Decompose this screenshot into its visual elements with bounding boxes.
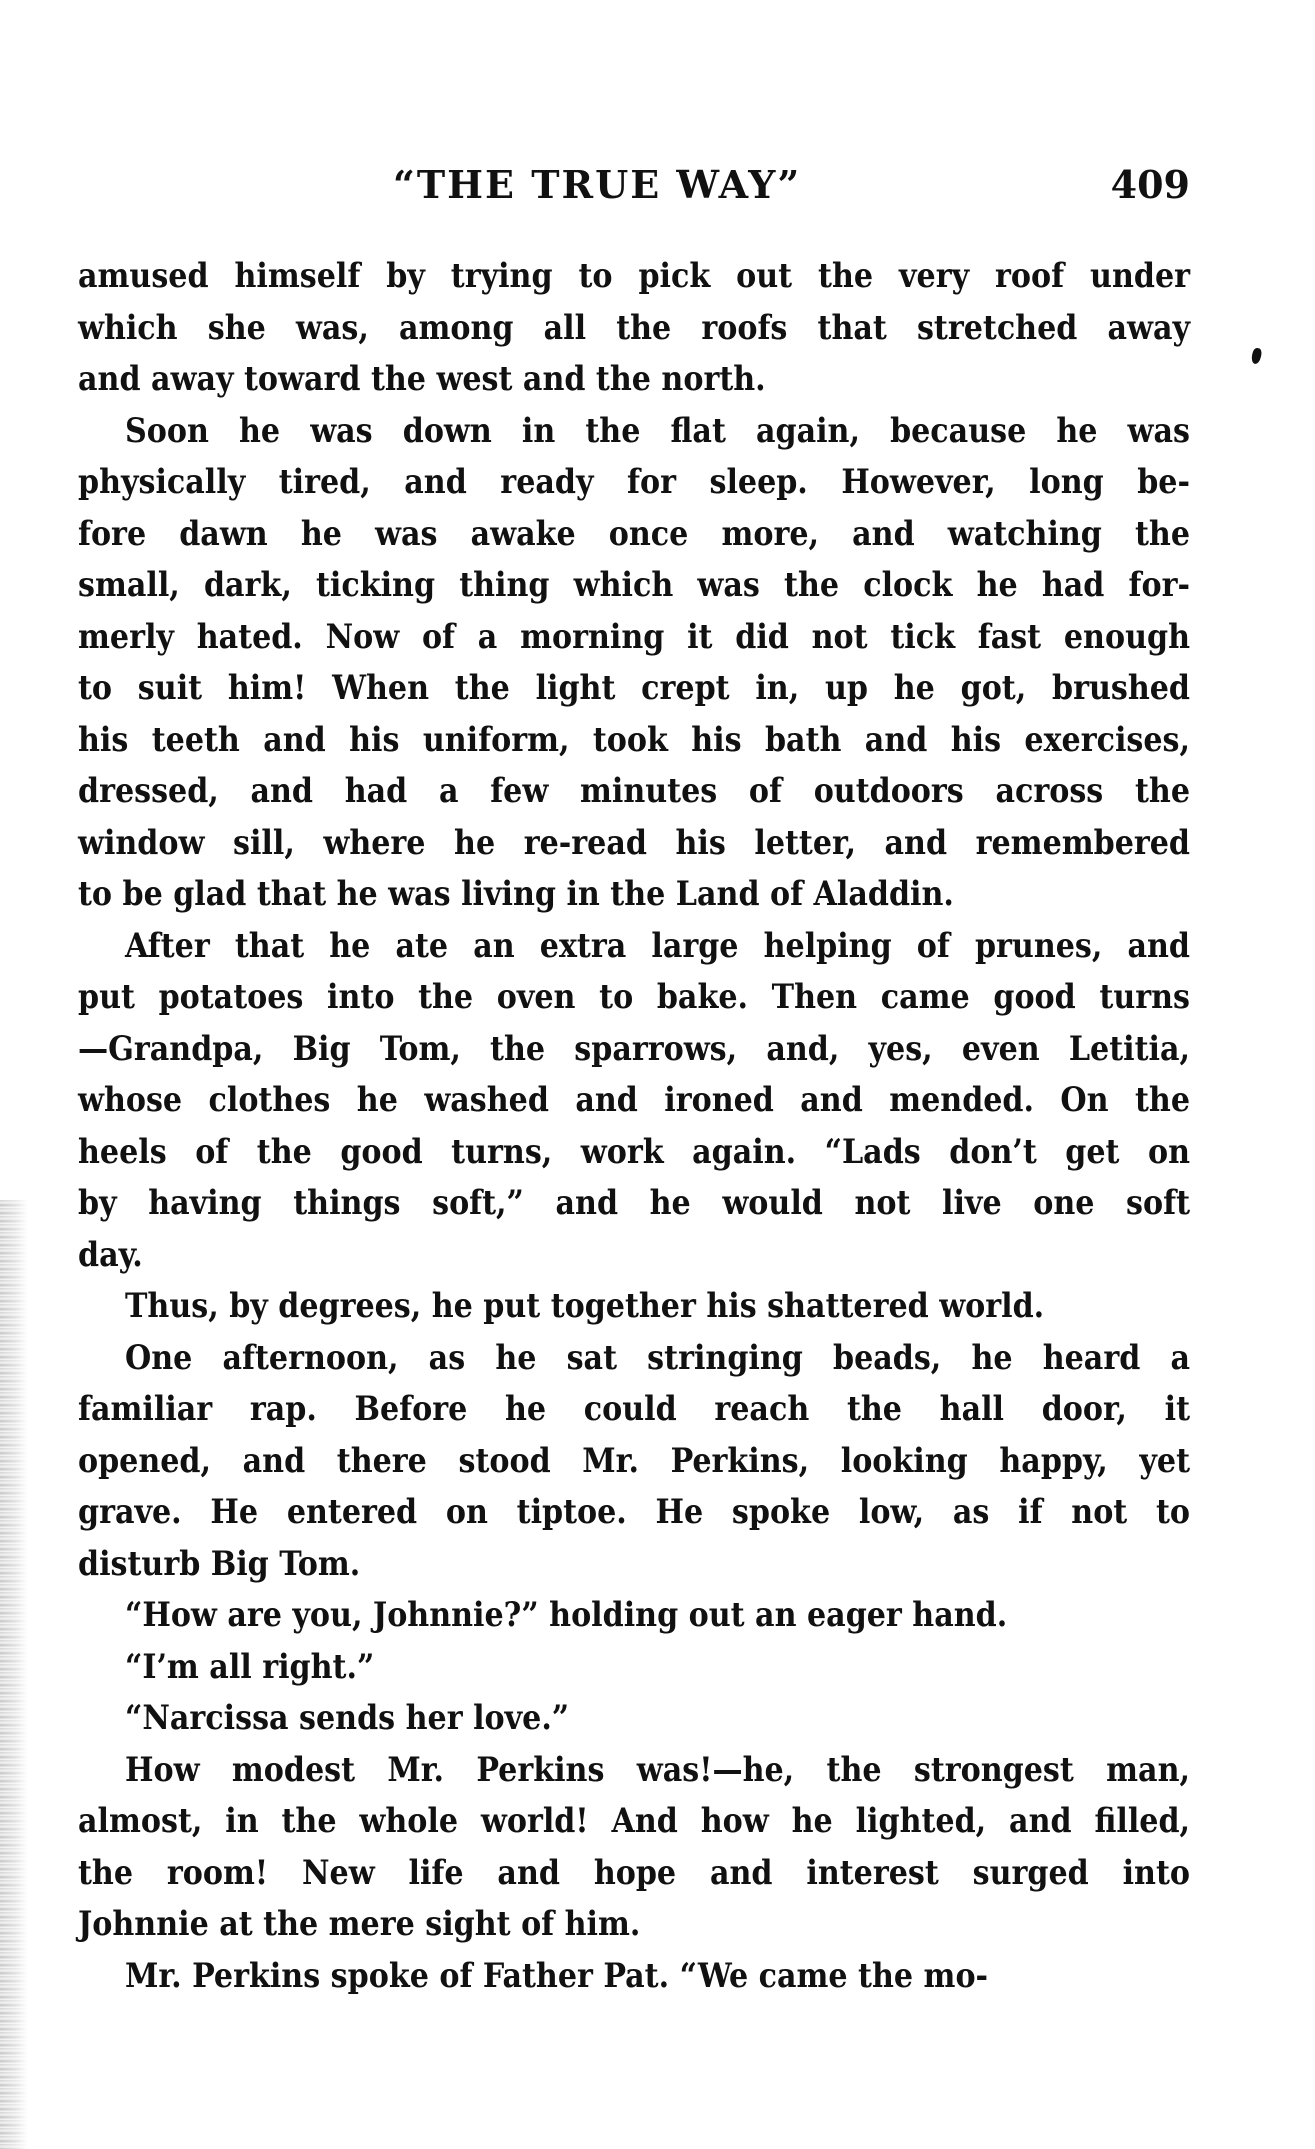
body-text: amused himself by trying to pick out the…: [78, 250, 1190, 2001]
text-line: and away toward the west and the north.: [78, 353, 1190, 405]
paragraph-start-line: One afternoon, as he sat stringing beads…: [78, 1332, 1190, 1384]
text-line: dressed, and had a few minutes of outdoo…: [78, 765, 1190, 817]
paragraph-start-line: Thus, by degrees, he put together his sh…: [78, 1280, 1190, 1332]
dialogue-line: “Narcissa sends her love.”: [78, 1692, 1190, 1744]
text-line: almost, in the whole world! And how he l…: [78, 1795, 1190, 1847]
text-line: the room! New life and hope and interest…: [78, 1847, 1190, 1899]
text-line: heels of the good turns, work again. “La…: [78, 1126, 1190, 1178]
text-line: by having things soft,” and he would not…: [78, 1177, 1190, 1229]
text-line: disturb Big Tom.: [78, 1538, 1190, 1590]
text-line: to be glad that he was living in the Lan…: [78, 868, 1190, 920]
text-line: to suit him! When the light crept in, up…: [78, 662, 1190, 714]
text-line: whose clothes he washed and ironed and m…: [78, 1074, 1190, 1126]
running-title: “THE TRUE WAY”: [393, 160, 801, 210]
text-line: —Grandpa, Big Tom, the sparrows, and, ye…: [78, 1023, 1190, 1075]
dialogue-line: “How are you, Johnnie?” holding out an e…: [78, 1589, 1190, 1641]
text-line: put potatoes into the oven to bake. Then…: [78, 971, 1190, 1023]
text-line: grave. He entered on tiptoe. He spoke lo…: [78, 1486, 1190, 1538]
page-header: “THE TRUE WAY” 409: [78, 160, 1190, 210]
ink-speck: [1250, 347, 1262, 365]
dialogue-line: “I’m all right.”: [78, 1641, 1190, 1693]
page-edge-shadow: [0, 1200, 28, 2149]
text-line: window sill, where he re-read his letter…: [78, 817, 1190, 869]
page-number: 409: [1111, 160, 1190, 210]
text-line: fore dawn he was awake once more, and wa…: [78, 508, 1190, 560]
text-line: day.: [78, 1229, 1190, 1281]
text-line: merly hated. Now of a morning it did not…: [78, 611, 1190, 663]
paragraph-start-line: Soon he was down in the flat again, beca…: [78, 405, 1190, 457]
text-line: familiar rap. Before he could reach the …: [78, 1383, 1190, 1435]
paragraph-start-line: Mr. Perkins spoke of Father Pat. “We cam…: [78, 1950, 1190, 2002]
text-line: amused himself by trying to pick out the…: [78, 250, 1190, 302]
paragraph-start-line: How modest Mr. Perkins was!—he, the stro…: [78, 1744, 1190, 1796]
text-line: which she was, among all the roofs that …: [78, 302, 1190, 354]
text-line: opened, and there stood Mr. Perkins, loo…: [78, 1435, 1190, 1487]
text-line: small, dark, ticking thing which was the…: [78, 559, 1190, 611]
paragraph-start-line: After that he ate an extra large helping…: [78, 920, 1190, 972]
text-line: Johnnie at the mere sight of him.: [78, 1898, 1190, 1950]
text-line: physically tired, and ready for sleep. H…: [78, 456, 1190, 508]
text-line: his teeth and his uniform, took his bath…: [78, 714, 1190, 766]
